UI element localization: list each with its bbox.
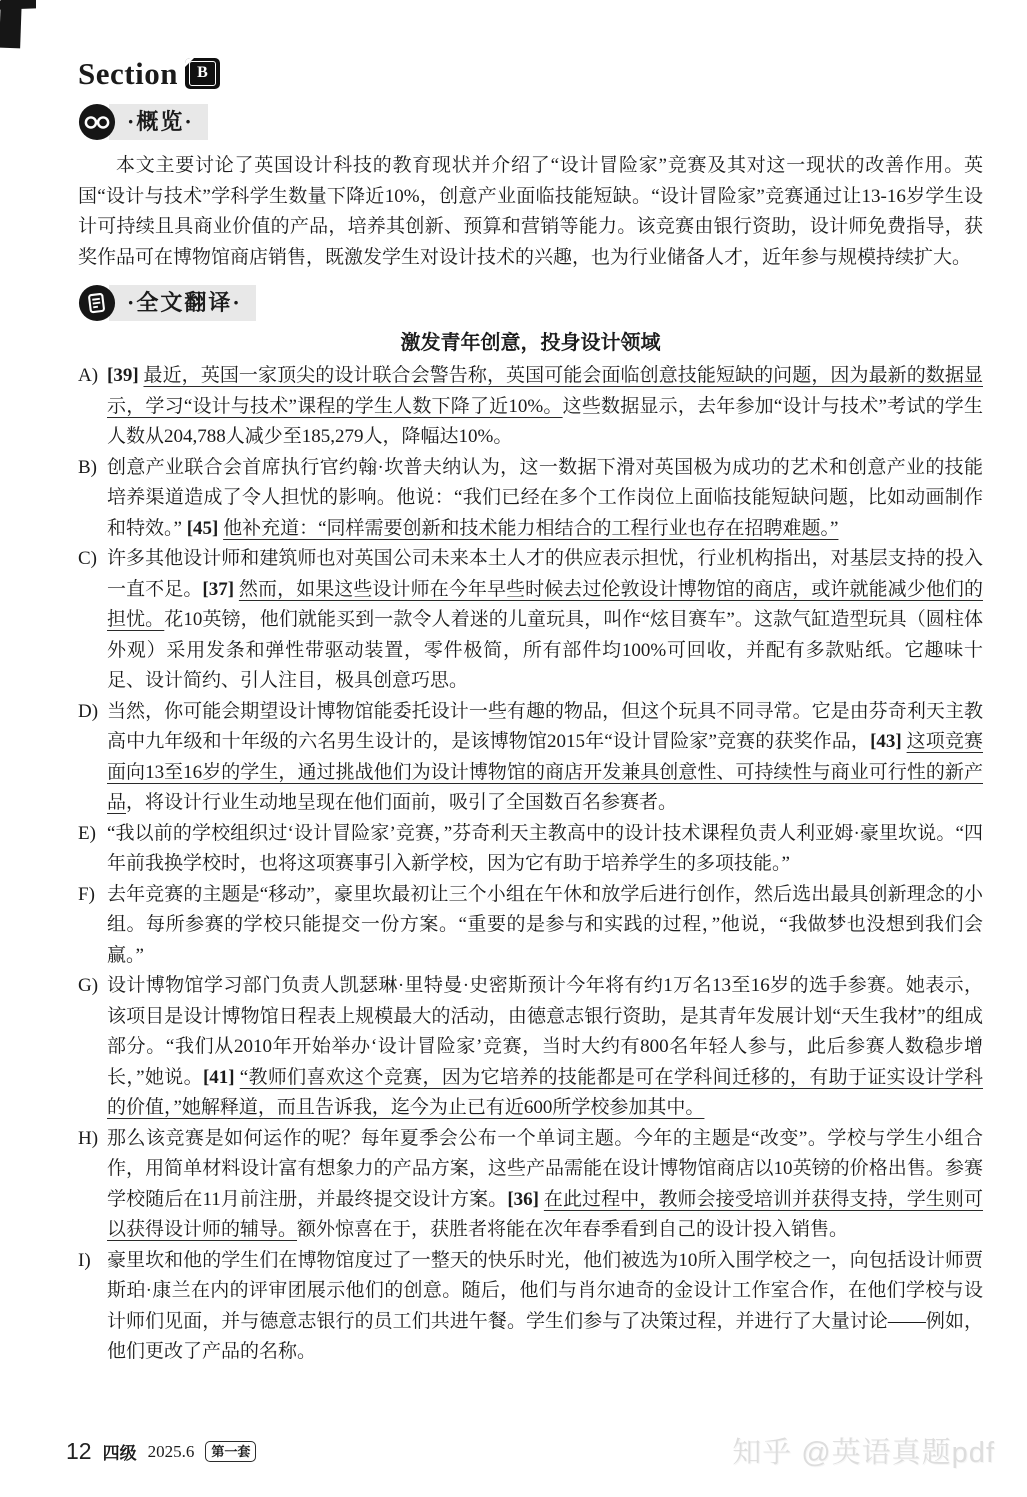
translation-paragraph: I)豪里坎和他的学生们在博物馆度过了一整天的快乐时光，他们被选为10所入围学校之… xyxy=(78,1246,983,1368)
paragraph-body: 去年竞赛的主题是“移动”，豪里坎最初让三个小组在午休和放学后进行创作，然后选出最… xyxy=(107,880,983,972)
exam-set-badge: 第一套 xyxy=(205,1441,256,1462)
paragraph-text: “我以前的学校组织过‘设计冒险家’竞赛，”芬奇利天主教高中的设计技术课程负责人利… xyxy=(107,823,983,875)
section-badge-letter: B xyxy=(189,61,216,86)
paragraph-body: 创意产业联合会首席执行官约翰·坎普夫纳认为，这一数据下滑对英国极为成功的艺术和创… xyxy=(107,453,983,545)
scan-artifact-corner-mark xyxy=(0,0,40,56)
translation-paragraph: B)创意产业联合会首席执行官约翰·坎普夫纳认为，这一数据下滑对英国极为成功的艺术… xyxy=(78,453,983,545)
paragraph-body: 设计博物馆学习部门负责人凯瑟琳·里特曼·史密斯预计今年将有约1万名13至16岁的… xyxy=(107,971,983,1124)
paragraph-label: G) xyxy=(78,971,107,1124)
paragraph-body: [39] 最近，英国一家顶尖的设计联合会警告称，英国可能会面临创意技能短缺的问题… xyxy=(107,361,983,453)
question-number-marker: [37] xyxy=(202,579,239,600)
paragraph-text: 当然，你可能会期望设计博物馆能委托设计一些有趣的物品，但这个玩具不同寻常。它是由… xyxy=(107,701,983,753)
question-number-marker: [39] xyxy=(107,365,144,386)
question-number-marker: [41] xyxy=(203,1067,240,1088)
watermark-text: 知乎 @英语真题pdf xyxy=(732,1430,995,1471)
translation-paragraph: F)去年竞赛的主题是“移动”，豪里坎最初让三个小组在午休和放学后进行创作，然后选… xyxy=(78,880,983,972)
paragraph-text: 额外惊喜在于，获胜者将能在次年春季看到自己的设计投入销售。 xyxy=(297,1219,848,1240)
page-badge-icon: B xyxy=(185,58,220,89)
page-content: Section B ·概览· 本文主要讨论了英国设计科技的教育现状并介绍了“设计… xyxy=(78,54,983,1368)
overview-heading: ·概览· xyxy=(109,104,208,140)
page-footer: 12 四级 2025.6 第一套 xyxy=(66,1438,256,1465)
scanned-textbook-page: Section B ·概览· 本文主要讨论了英国设计科技的教育现状并介绍了“设计… xyxy=(0,0,1027,1497)
paragraph-label: C) xyxy=(78,544,107,697)
translation-paragraph-list: A)[39] 最近，英国一家顶尖的设计联合会警告称，英国可能会面临创意技能短缺的… xyxy=(78,361,983,1368)
overview-heading-row: ·概览· xyxy=(78,102,983,142)
paragraph-body: 许多其他设计师和建筑师也对英国公司未来本土人才的供应表示担忧，行业机构指出，对基… xyxy=(107,544,983,697)
exam-name: 四级 xyxy=(103,1439,137,1464)
paragraph-label: D) xyxy=(78,697,107,819)
section-header: Section B xyxy=(78,54,983,92)
translation-paragraph: C)许多其他设计师和建筑师也对英国公司未来本土人才的供应表示担忧，行业机构指出，… xyxy=(78,544,983,697)
paragraph-label: F) xyxy=(78,880,107,972)
translation-paragraph: G)设计博物馆学习部门负责人凯瑟琳·里特曼·史密斯预计今年将有约1万名13至16… xyxy=(78,971,983,1124)
paragraph-body: 当然，你可能会期望设计博物馆能委托设计一些有趣的物品，但这个玩具不同寻常。它是由… xyxy=(107,697,983,819)
question-number-marker: [43] xyxy=(870,731,907,752)
translation-paragraph: H)那么该竞赛是如何运作的呢？每年夏季会公布一个单词主题。今年的主题是“改变”。… xyxy=(78,1124,983,1246)
paragraph-label: B) xyxy=(78,453,107,545)
paragraph-label: A) xyxy=(78,361,107,453)
paragraph-body: 那么该竞赛是如何运作的呢？每年夏季会公布一个单词主题。今年的主题是“改变”。学校… xyxy=(107,1124,983,1246)
page-number: 12 xyxy=(66,1438,92,1465)
translation-article-title: 激发青年创意，投身设计领域 xyxy=(78,328,983,358)
paragraph-body: 豪里坎和他的学生们在博物馆度过了一整天的快乐时光，他们被选为10所入围学校之一，… xyxy=(107,1246,983,1368)
paragraph-label: I) xyxy=(78,1246,107,1368)
paragraph-text: ，将设计行业生动地呈现在他们面前，吸引了全国数百名参赛者。 xyxy=(126,792,677,813)
translation-heading-row: ·全文翻译· xyxy=(78,283,983,323)
section-label: Section xyxy=(78,58,178,89)
paragraph-body: “我以前的学校组织过‘设计冒险家’竞赛，”芬奇利天主教高中的设计技术课程负责人利… xyxy=(107,819,983,880)
paragraph-text: 去年竞赛的主题是“移动”，豪里坎最初让三个小组在午休和放学后进行创作，然后选出最… xyxy=(107,884,983,966)
glasses-icon xyxy=(78,103,116,141)
translation-paragraph: D)当然，你可能会期望设计博物馆能委托设计一些有趣的物品，但这个玩具不同寻常。它… xyxy=(78,697,983,819)
paragraph-label: H) xyxy=(78,1124,107,1246)
underlined-answer-sentence: 他补充道：“同样需要创新和技术能力相结合的工程行业也存在招聘难题。” xyxy=(223,518,838,539)
document-icon xyxy=(78,284,116,322)
translation-paragraph: A)[39] 最近，英国一家顶尖的设计联合会警告称，英国可能会面临创意技能短缺的… xyxy=(78,361,983,453)
paragraph-label: E) xyxy=(78,819,107,880)
exam-date: 2025.6 xyxy=(148,1442,195,1462)
overview-paragraph: 本文主要讨论了英国设计科技的教育现状并介绍了“设计冒险家”竞赛及其对这一现状的改… xyxy=(78,151,983,273)
question-number-marker: [36] xyxy=(507,1189,544,1210)
question-number-marker: [45] xyxy=(187,518,223,539)
translation-heading: ·全文翻译· xyxy=(109,285,256,321)
translation-paragraph: E)“我以前的学校组织过‘设计冒险家’竞赛，”芬奇利天主教高中的设计技术课程负责… xyxy=(78,819,983,880)
paragraph-text: 花10英镑，他们就能买到一款令人着迷的儿童玩具，叫作“炫目赛车”。这款气缸造型玩… xyxy=(107,609,983,691)
paragraph-text: 豪里坎和他的学生们在博物馆度过了一整天的快乐时光，他们被选为10所入围学校之一，… xyxy=(107,1250,983,1363)
